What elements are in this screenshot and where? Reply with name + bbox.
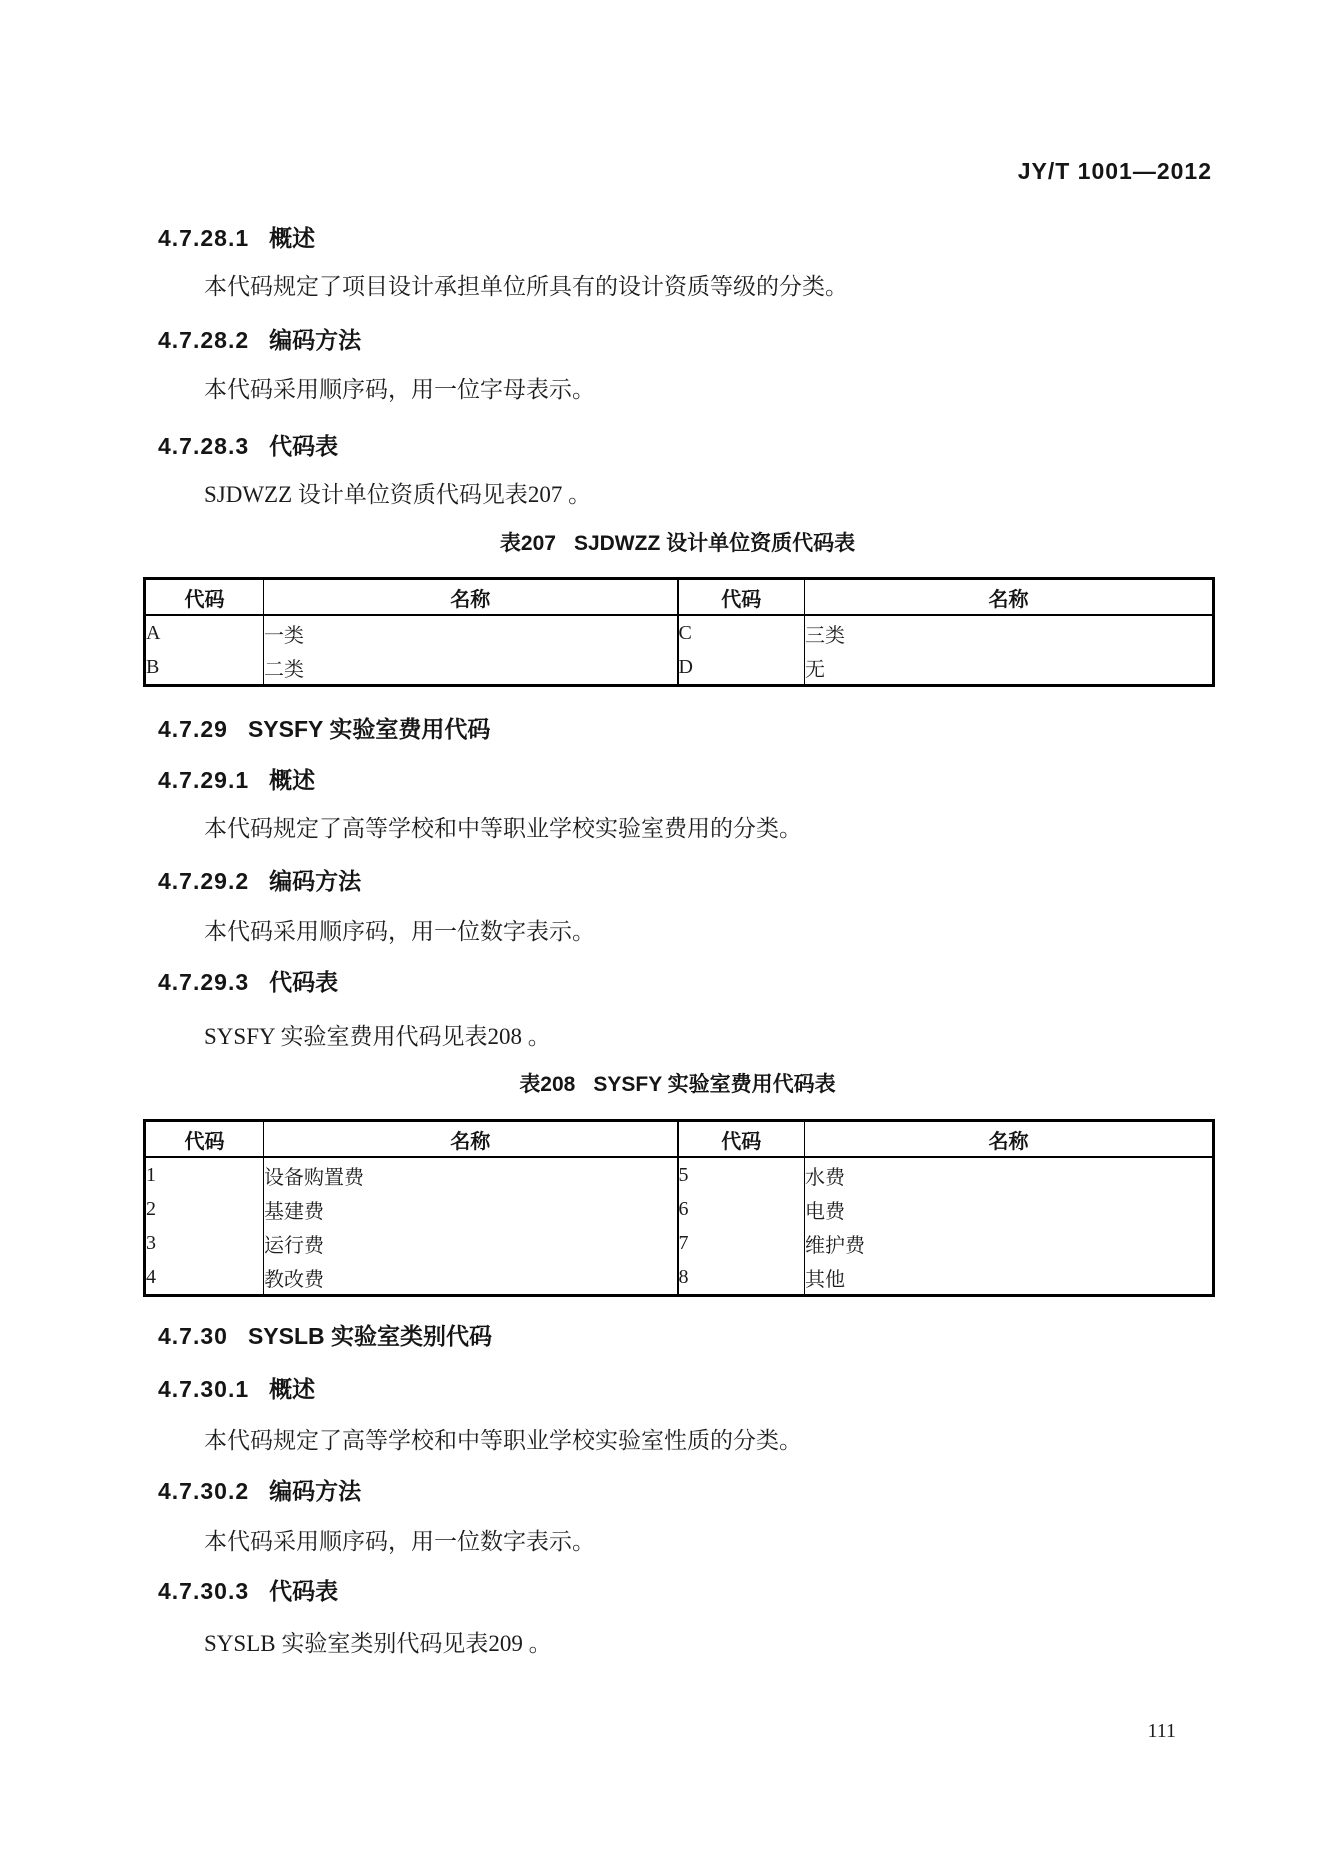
heading-title: 概述 bbox=[269, 1376, 315, 1402]
standard-number: JY/T 1001—2012 bbox=[143, 158, 1212, 185]
table-caption-label: 表208 bbox=[519, 1073, 575, 1096]
heading-number: 4.7.29.1 bbox=[158, 767, 249, 793]
table-row: 4 教改费 8 其他 bbox=[145, 1260, 1214, 1296]
table-cell-name: 三类 bbox=[805, 615, 1214, 650]
section-heading-4-7-29-3: 4.7.29.3代码表 bbox=[158, 964, 1218, 997]
heading-number: 4.7.30 bbox=[158, 1323, 228, 1349]
table-cell-name: 基建费 bbox=[264, 1192, 678, 1226]
paragraph-29-table-ref: SYSFY 实验室费用代码见表208 。 bbox=[158, 1018, 1178, 1051]
heading-number: 4.7.29 bbox=[158, 716, 228, 742]
table-cell-code: A bbox=[145, 615, 264, 650]
heading-number: 4.7.28.3 bbox=[158, 433, 249, 459]
heading-title: 编码方法 bbox=[269, 1478, 361, 1504]
table-cell-code: D bbox=[678, 650, 805, 686]
heading-number: 4.7.30.1 bbox=[158, 1376, 249, 1402]
section-heading-4-7-28-1: 4.7.28.1概述 bbox=[158, 220, 1218, 253]
heading-title: 代码表 bbox=[269, 1578, 338, 1604]
table-header-cell: 代码 bbox=[145, 1121, 264, 1158]
heading-title: 代码表 bbox=[269, 969, 338, 995]
paragraph-28-overview: 本代码规定了项目设计承担单位所具有的设计资质等级的分类。 bbox=[158, 268, 1178, 301]
paragraph-29-method: 本代码采用顺序码，用一位数字表示。 bbox=[158, 913, 1178, 946]
paragraph-29-overview: 本代码规定了高等学校和中等职业学校实验室费用的分类。 bbox=[158, 810, 1178, 843]
heading-title: SYSLB 实验室类别代码 bbox=[248, 1323, 492, 1349]
heading-title: SYSFY 实验室费用代码 bbox=[248, 716, 490, 742]
table-row: B 二类 D 无 bbox=[145, 650, 1214, 686]
table-cell-name: 电费 bbox=[805, 1192, 1214, 1226]
heading-number: 4.7.29.3 bbox=[158, 969, 249, 995]
table-cell-code: 3 bbox=[145, 1226, 264, 1260]
table-cell-name: 水费 bbox=[805, 1157, 1214, 1192]
table-cell-code: 2 bbox=[145, 1192, 264, 1226]
table-cell-name: 无 bbox=[805, 650, 1214, 686]
heading-title: 编码方法 bbox=[269, 868, 361, 894]
table-header-cell: 名称 bbox=[264, 579, 678, 616]
section-heading-4-7-28-3: 4.7.28.3代码表 bbox=[158, 428, 1218, 461]
table-cell-name: 设备购置费 bbox=[264, 1157, 678, 1192]
table-cell-code: 8 bbox=[678, 1260, 805, 1296]
paragraph-30-method: 本代码采用顺序码，用一位数字表示。 bbox=[158, 1523, 1178, 1556]
table-caption-title: SJDWZZ 设计单位资质代码表 bbox=[574, 532, 855, 555]
heading-title: 代码表 bbox=[269, 433, 338, 459]
table-cell-name: 二类 bbox=[264, 650, 678, 686]
table-header-cell: 名称 bbox=[805, 579, 1214, 616]
paragraph-30-overview: 本代码规定了高等学校和中等职业学校实验室性质的分类。 bbox=[158, 1422, 1178, 1455]
heading-number: 4.7.30.3 bbox=[158, 1578, 249, 1604]
paragraph-28-method: 本代码采用顺序码，用一位字母表示。 bbox=[158, 371, 1178, 404]
table-cell-name: 运行费 bbox=[264, 1226, 678, 1260]
paragraph-28-table-ref: SJDWZZ 设计单位资质代码见表207 。 bbox=[158, 476, 1178, 509]
table-cell-code: 6 bbox=[678, 1192, 805, 1226]
table-caption-label: 表207 bbox=[500, 532, 556, 555]
heading-title: 概述 bbox=[269, 225, 315, 251]
table-row: A 一类 C 三类 bbox=[145, 615, 1214, 650]
table-cell-name: 一类 bbox=[264, 615, 678, 650]
document-page: JY/T 1001—2012 4.7.28.1概述 本代码规定了项目设计承担单位… bbox=[0, 0, 1323, 1871]
table-cell-name: 维护费 bbox=[805, 1226, 1214, 1260]
table-caption-title: SYSFY 实验室费用代码表 bbox=[593, 1073, 835, 1096]
section-heading-4-7-29: 4.7.29SYSFY 实验室费用代码 bbox=[158, 711, 1218, 744]
section-heading-4-7-30-3: 4.7.30.3代码表 bbox=[158, 1573, 1218, 1606]
table-207: 代码 名称 代码 名称 A 一类 C 三类 B 二类 D 无 bbox=[143, 577, 1215, 687]
heading-title: 概述 bbox=[269, 767, 315, 793]
table-row: 2 基建费 6 电费 bbox=[145, 1192, 1214, 1226]
table-208: 代码 名称 代码 名称 1 设备购置费 5 水费 2 基建费 6 电费 3 运行… bbox=[143, 1119, 1215, 1297]
table-cell-code: 5 bbox=[678, 1157, 805, 1192]
section-heading-4-7-28-2: 4.7.28.2编码方法 bbox=[158, 322, 1218, 355]
table-cell-code: C bbox=[678, 615, 805, 650]
heading-number: 4.7.30.2 bbox=[158, 1478, 249, 1504]
table-header-cell: 代码 bbox=[145, 579, 264, 616]
paragraph-30-table-ref: SYSLB 实验室类别代码见表209 。 bbox=[158, 1625, 1178, 1658]
section-heading-4-7-30-1: 4.7.30.1概述 bbox=[158, 1371, 1218, 1404]
section-heading-4-7-30: 4.7.30SYSLB 实验室类别代码 bbox=[158, 1318, 1218, 1351]
table-header-cell: 代码 bbox=[678, 579, 805, 616]
table-header-row: 代码 名称 代码 名称 bbox=[145, 579, 1214, 616]
table-header-row: 代码 名称 代码 名称 bbox=[145, 1121, 1214, 1158]
table-cell-name: 教改费 bbox=[264, 1260, 678, 1296]
page-number: 111 bbox=[143, 1720, 1212, 1743]
table-row: 3 运行费 7 维护费 bbox=[145, 1226, 1214, 1260]
heading-title: 编码方法 bbox=[269, 327, 361, 353]
heading-number: 4.7.28.1 bbox=[158, 225, 249, 251]
section-heading-4-7-29-1: 4.7.29.1概述 bbox=[158, 762, 1218, 795]
heading-number: 4.7.28.2 bbox=[158, 327, 249, 353]
section-heading-4-7-30-2: 4.7.30.2编码方法 bbox=[158, 1473, 1218, 1506]
table-cell-name: 其他 bbox=[805, 1260, 1214, 1296]
section-heading-4-7-29-2: 4.7.29.2编码方法 bbox=[158, 863, 1218, 896]
table-207-caption: 表207SJDWZZ 设计单位资质代码表 bbox=[143, 527, 1212, 557]
table-cell-code: 1 bbox=[145, 1157, 264, 1192]
table-cell-code: B bbox=[145, 650, 264, 686]
heading-number: 4.7.29.2 bbox=[158, 868, 249, 894]
table-208-caption: 表208SYSFY 实验室费用代码表 bbox=[143, 1068, 1212, 1098]
table-row: 1 设备购置费 5 水费 bbox=[145, 1157, 1214, 1192]
table-cell-code: 4 bbox=[145, 1260, 264, 1296]
table-header-cell: 代码 bbox=[678, 1121, 805, 1158]
table-header-cell: 名称 bbox=[805, 1121, 1214, 1158]
table-cell-code: 7 bbox=[678, 1226, 805, 1260]
table-header-cell: 名称 bbox=[264, 1121, 678, 1158]
